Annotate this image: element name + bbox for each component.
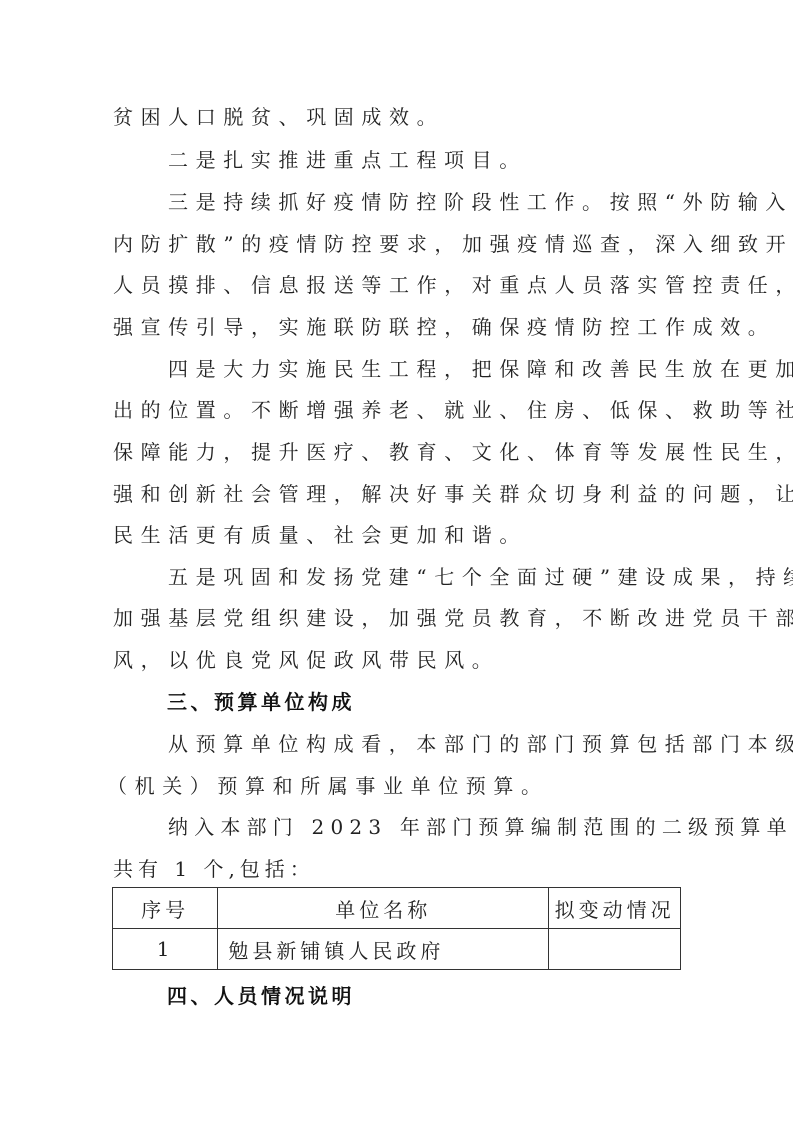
- header-planned-change: 拟变动情况: [549, 888, 681, 929]
- paragraph-line: 人员摸排、信息报送等工作，对重点人员落实管控责任，加: [113, 270, 693, 300]
- paragraph-line: 风，以优良党风促政风带民风。: [113, 645, 693, 675]
- paragraph-line: 强宣传引导，实施联防联控，确保疫情防控工作成效。: [113, 312, 693, 342]
- table-row: 1 勉县新铺镇人民政府: [113, 929, 681, 970]
- section-heading-budget-units: 三、预算单位构成: [167, 687, 355, 717]
- paragraph-line: 五是巩固和发扬党建“七个全面过硬”建设成果，持续: [168, 562, 748, 592]
- paragraph-line: 二是扎实推进重点工程项目。: [168, 145, 748, 175]
- paragraph-line: （机关）预算和所属事业单位预算。: [107, 771, 687, 801]
- paragraph-line: 保障能力，提升医疗、教育、文化、体育等发展性民生，加: [113, 437, 693, 467]
- paragraph-line: 内防扩散”的疫情防控要求，加强疫情巡查，深入细致开展: [113, 229, 693, 259]
- header-index: 序号: [113, 888, 218, 929]
- cell-planned-change: [549, 929, 681, 970]
- paragraph-line: 共有 1 个,包括：: [113, 854, 693, 884]
- cell-unit-name: 勉县新铺镇人民政府: [218, 929, 549, 970]
- header-unit-name: 单位名称: [218, 888, 549, 929]
- section-heading-personnel: 四、人员情况说明: [167, 981, 355, 1011]
- document-page: 贫困人口脱贫、巩固成效。 二是扎实推进重点工程项目。 三是持续抓好疫情防控阶段性…: [0, 0, 793, 1122]
- paragraph-line: 三是持续抓好疫情防控阶段性工作。按照“外防输入、: [168, 187, 748, 217]
- paragraph-line: 强和创新社会管理，解决好事关群众切身利益的问题，让人: [113, 479, 693, 509]
- budget-unit-table: 序号 单位名称 拟变动情况 1 勉县新铺镇人民政府: [112, 887, 681, 970]
- table-header-row: 序号 单位名称 拟变动情况: [113, 888, 681, 929]
- paragraph-line: 出的位置。不断增强养老、就业、住房、低保、救助等社会: [113, 395, 693, 425]
- paragraph-line: 四是大力实施民生工程，把保障和改善民生放在更加突: [168, 354, 748, 384]
- paragraph-line: 民生活更有质量、社会更加和谐。: [113, 520, 693, 550]
- paragraph-line: 从预算单位构成看，本部门的部门预算包括部门本级: [168, 729, 748, 759]
- paragraph-line: 贫困人口脱贫、巩固成效。: [113, 102, 693, 132]
- cell-index: 1: [113, 929, 218, 970]
- paragraph-line: 纳入本部门 2023 年部门预算编制范围的二级预算单位: [168, 812, 748, 842]
- paragraph-line: 加强基层党组织建设，加强党员教育，不断改进党员干部作: [113, 603, 693, 633]
